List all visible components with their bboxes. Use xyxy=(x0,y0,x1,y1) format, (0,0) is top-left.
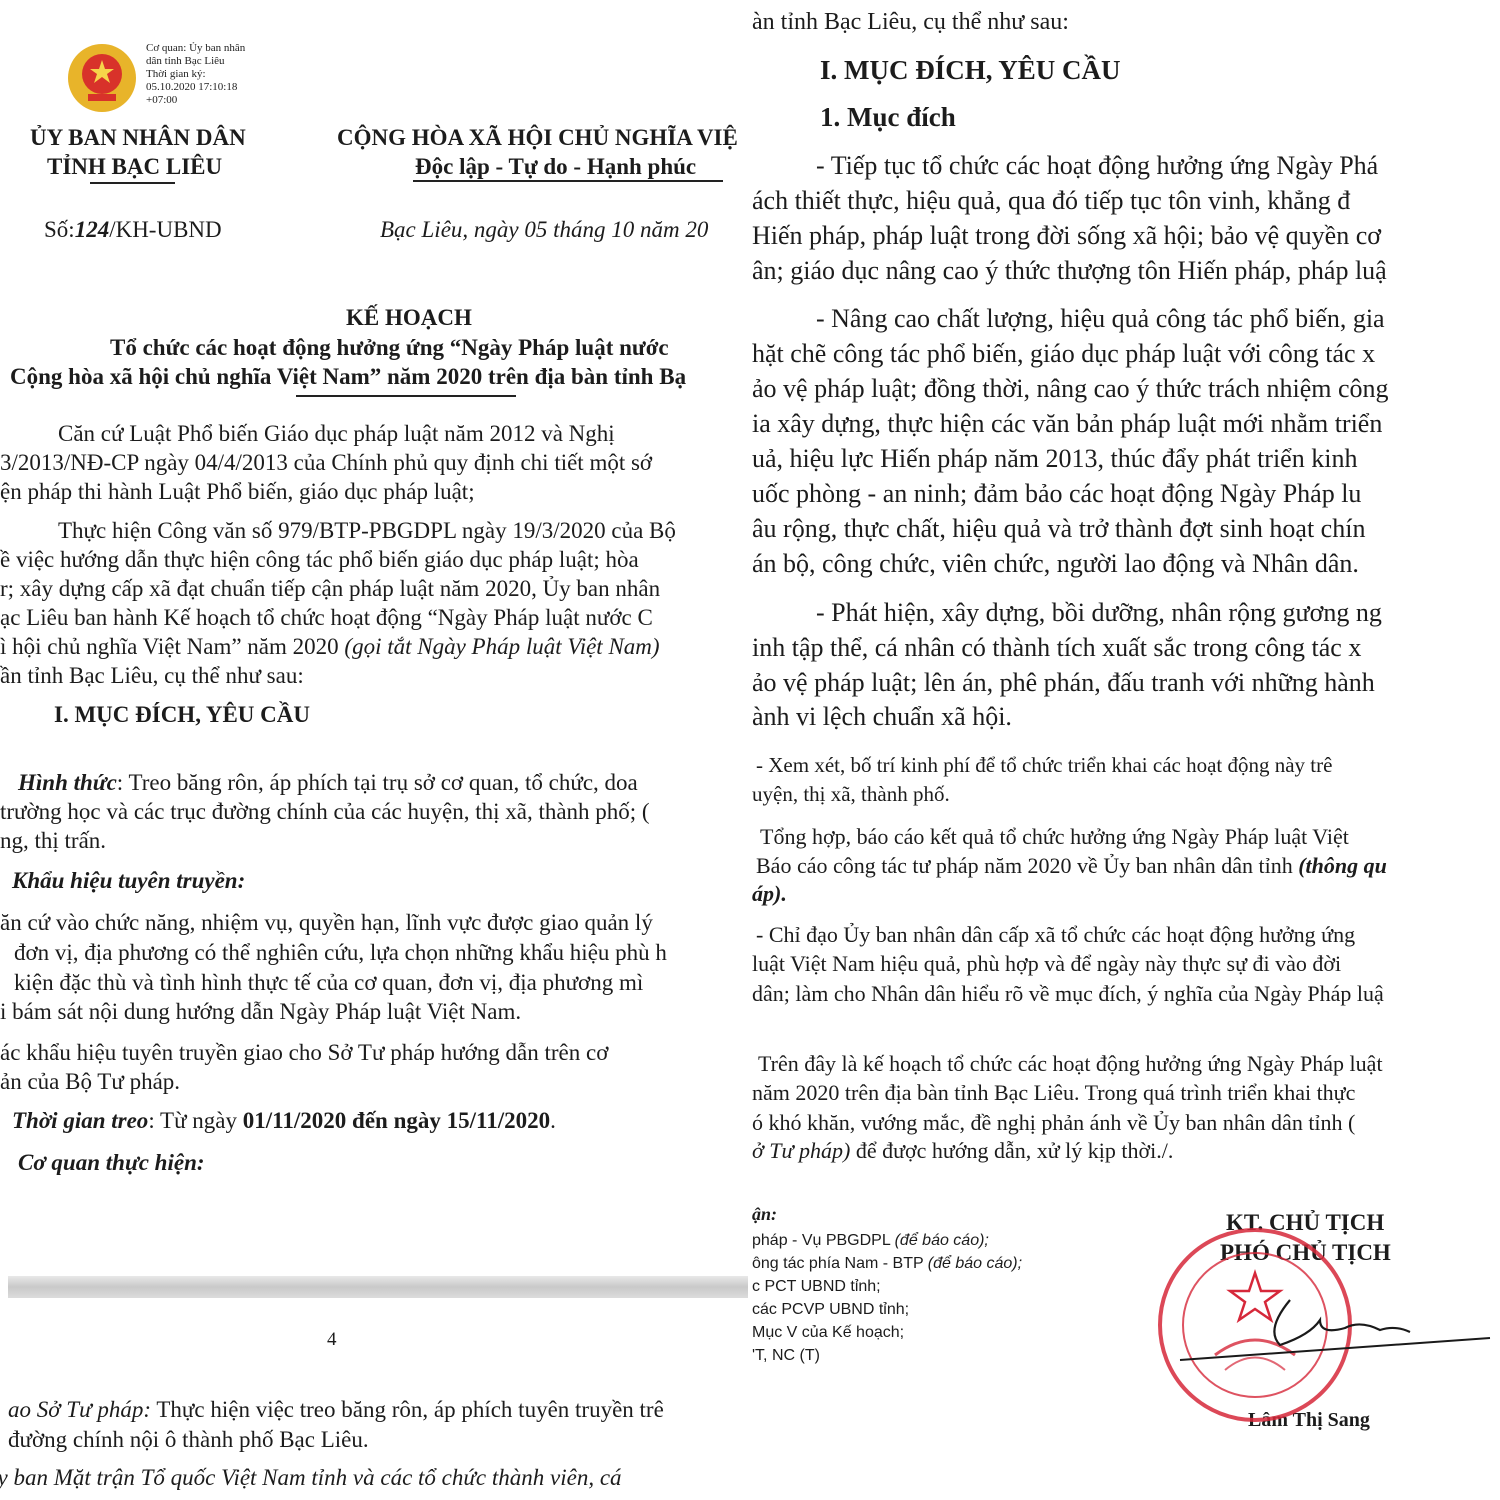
document-subtitle-line1: Tổ chức các hoạt động hưởng ứng “Ngày Ph… xyxy=(110,336,669,359)
national-motto: Độc lập - Tự do - Hạnh phúc xyxy=(415,155,696,178)
paragraph-line: - Tiếp tục tổ chức các hoạt động hưởng ứ… xyxy=(816,153,1378,179)
paragraph-line: trường học và các trục đường chính của c… xyxy=(0,800,650,823)
recipients-label: ận: xyxy=(752,1205,777,1223)
paragraph-line: - Nâng cao chất lượng, hiệu quả công tác… xyxy=(816,306,1385,332)
paragraph-line: r; xây dựng cấp xã đạt chuẩn tiếp cận ph… xyxy=(0,577,660,600)
agency-heading: Cơ quan thực hiện: xyxy=(18,1151,205,1174)
paragraph-line: đơn vị, địa phương có thể nghiên cứu, lự… xyxy=(14,941,667,964)
form-item: Hình thức: Treo băng rôn, áp phích tại t… xyxy=(18,771,638,794)
paragraph-line: ạc Liêu ban hành Kế hoạch tổ chức hoạt đ… xyxy=(0,606,653,629)
digital-signature-info: Cơ quan: Ủy ban nhân dân tỉnh Bạc Liêu T… xyxy=(146,42,245,107)
paragraph-line: Thực hiện Công văn số 979/BTP-PBGDPL ngà… xyxy=(58,519,676,542)
paragraph-line: áp). xyxy=(752,883,787,905)
divider xyxy=(90,182,175,184)
issuer-line2: TỈNH BẠC LIÊU xyxy=(47,155,222,178)
paragraph-line: ản của Bộ Tư pháp. xyxy=(0,1070,180,1093)
paragraph-line: Tổng hợp, báo cáo kết quả tổ chức hưởng … xyxy=(760,826,1349,848)
recipient-item: các PCVP UBND tỉnh; xyxy=(752,1298,1022,1321)
document-subtitle-line2: Cộng hòa xã hội chủ nghĩa Việt Nam” năm … xyxy=(10,365,686,388)
recipient-item: Mục V của Kế hoạch; xyxy=(752,1321,1022,1344)
paragraph-line: ng, thị trấn. xyxy=(0,829,106,852)
paragraph-line: hặt chẽ công tác phổ biến, giáo dục pháp… xyxy=(752,341,1375,367)
hanging-time: Thời gian treo: Từ ngày 01/11/2020 đến n… xyxy=(12,1109,556,1132)
paragraph-line: dân; làm cho Nhân dân hiểu rõ về mục đíc… xyxy=(752,983,1384,1005)
paragraph-line: uyện, thị xã, thành phố. xyxy=(752,784,950,805)
paragraph-line: ảo vệ pháp luật; lên án, phê phán, đấu t… xyxy=(752,670,1375,696)
recipient-item: 'T, NC (T) xyxy=(752,1344,1022,1367)
paragraph-line: ở Tư pháp) để được hướng dẫn, xử lý kịp … xyxy=(752,1140,1173,1162)
paragraph-line: ia xây dựng, thực hiện các văn bản pháp … xyxy=(752,411,1382,437)
recipients-list: pháp - Vụ PBGDPL (để báo cáo); ông tác p… xyxy=(752,1229,1022,1367)
divider xyxy=(413,180,723,182)
handwritten-signature-icon xyxy=(1170,1290,1500,1370)
paragraph-line: kiện đặc thù và tình hình thực tế của cơ… xyxy=(14,971,643,994)
recipient-item: c PCT UBND tỉnh; xyxy=(752,1275,1022,1298)
paragraph-line: ề việc hướng dẫn thực hiện công tác phổ … xyxy=(0,548,639,571)
right-document-page: àn tỉnh Bạc Liêu, cụ thể như sau: I. MỤC… xyxy=(752,0,1500,1500)
paragraph-line: uả, hiệu lực Hiến pháp năm 2013, thúc đẩ… xyxy=(752,446,1357,472)
paragraph-line: - Phát hiện, xây dựng, bồi dưỡng, nhân r… xyxy=(816,600,1382,626)
paragraph-line: ác khẩu hiệu tuyên truyền giao cho Sở Tư… xyxy=(0,1041,608,1064)
document-title: KẾ HOẠCH xyxy=(346,306,472,329)
document-number: Số:124/KH-UBND xyxy=(44,218,222,241)
paragraph-line: ì hội chủ nghĩa Việt Nam” năm 2020 (gọi … xyxy=(0,635,660,658)
paragraph-line: àn tỉnh Bạc Liêu, cụ thể như sau: xyxy=(752,10,1069,34)
paragraph-line: ện pháp thi hành Luật Phổ biến, giáo dục… xyxy=(0,480,475,503)
paragraph-line: ao Sở Tư pháp: Thực hiện việc treo băng … xyxy=(8,1398,664,1421)
paragraph-line: ảo vệ pháp luật; đồng thời, nâng cao ý t… xyxy=(752,376,1389,402)
subsection-heading: 1. Mục đích xyxy=(820,104,956,131)
paragraph-line: Căn cứ Luật Phổ biến Giáo dục pháp luật … xyxy=(58,422,615,445)
paragraph-line: Trên đây là kế hoạch tổ chức các hoạt độ… xyxy=(758,1053,1383,1075)
slogan-heading: Khẩu hiệu tuyên truyền: xyxy=(12,869,245,892)
paragraph-line: án bộ, công chức, viên chức, người lao đ… xyxy=(752,551,1359,577)
paragraph-line: ủy ban Mặt trận Tổ quốc Việt Nam tỉnh và… xyxy=(0,1466,622,1489)
recipient-item: ông tác phía Nam - BTP (để báo cáo); xyxy=(752,1252,1022,1275)
paragraph-line: Báo cáo công tác tư pháp năm 2020 về Ủy … xyxy=(756,855,1387,877)
paragraph-line: Hiến pháp, pháp luật trong đời sống xã h… xyxy=(752,223,1381,249)
page-break-bar xyxy=(8,1276,748,1298)
paragraph-line: đường chính nội ô thành phố Bạc Liêu. xyxy=(8,1428,369,1451)
paragraph-line: ần tỉnh Bạc Liêu, cụ thể như sau: xyxy=(0,664,304,687)
divider xyxy=(296,395,516,397)
paragraph-line: - Xem xét, bố trí kinh phí để tổ chức tr… xyxy=(756,755,1332,776)
paragraph-line: inh tập thể, cá nhân có thành tích xuất … xyxy=(752,635,1361,661)
paragraph-line: luật Việt Nam hiệu quả, phù hợp và để ng… xyxy=(752,953,1341,975)
paragraph-line: năm 2020 trên địa bàn tỉnh Bạc Liêu. Tro… xyxy=(752,1082,1355,1104)
national-title: CỘNG HÒA XÃ HỘI CHỦ NGHĨA VIỆ xyxy=(337,126,738,149)
recipient-item: pháp - Vụ PBGDPL (để báo cáo); xyxy=(752,1229,1022,1252)
left-document-page: Cơ quan: Ủy ban nhân dân tỉnh Bạc Liêu T… xyxy=(0,0,750,1500)
paragraph-line: - Chỉ đạo Ủy ban nhân dân cấp xã tổ chức… xyxy=(756,924,1355,946)
paragraph-line: ành vi lệch chuẩn xã hội. xyxy=(752,704,1012,730)
paragraph-line: ó khó khăn, vướng mắc, đề nghị phản ánh … xyxy=(752,1112,1355,1134)
paragraph-line: i bám sát nội dung hướng dẫn Ngày Pháp l… xyxy=(0,1000,521,1023)
paragraph-line: ách thiết thực, hiệu quả, qua đó tiếp tụ… xyxy=(752,188,1350,214)
page-number: 4 xyxy=(327,1330,337,1349)
paragraph-line: ân; giáo dục nâng cao ý thức thượng tôn … xyxy=(752,258,1387,284)
paragraph-line: uốc phòng - an ninh; đảm bảo các hoạt độ… xyxy=(752,481,1361,507)
paragraph-line: âu rộng, thực chất, hiệu quả và trở thàn… xyxy=(752,516,1365,542)
national-emblem-icon xyxy=(66,42,138,114)
paragraph-line: 3/2013/NĐ-CP ngày 04/4/2013 của Chính ph… xyxy=(0,451,652,474)
section-heading: I. MỤC ĐÍCH, YÊU CẦU xyxy=(820,57,1121,84)
paragraph-line: ăn cứ vào chức năng, nhiệm vụ, quyền hạn… xyxy=(0,911,653,934)
date-line: Bạc Liêu, ngày 05 tháng 10 năm 20 xyxy=(380,218,708,241)
issuer-line1: ỦY BAN NHÂN DÂN xyxy=(30,126,246,149)
section-heading: I. MỤC ĐÍCH, YÊU CẦU xyxy=(54,703,310,726)
